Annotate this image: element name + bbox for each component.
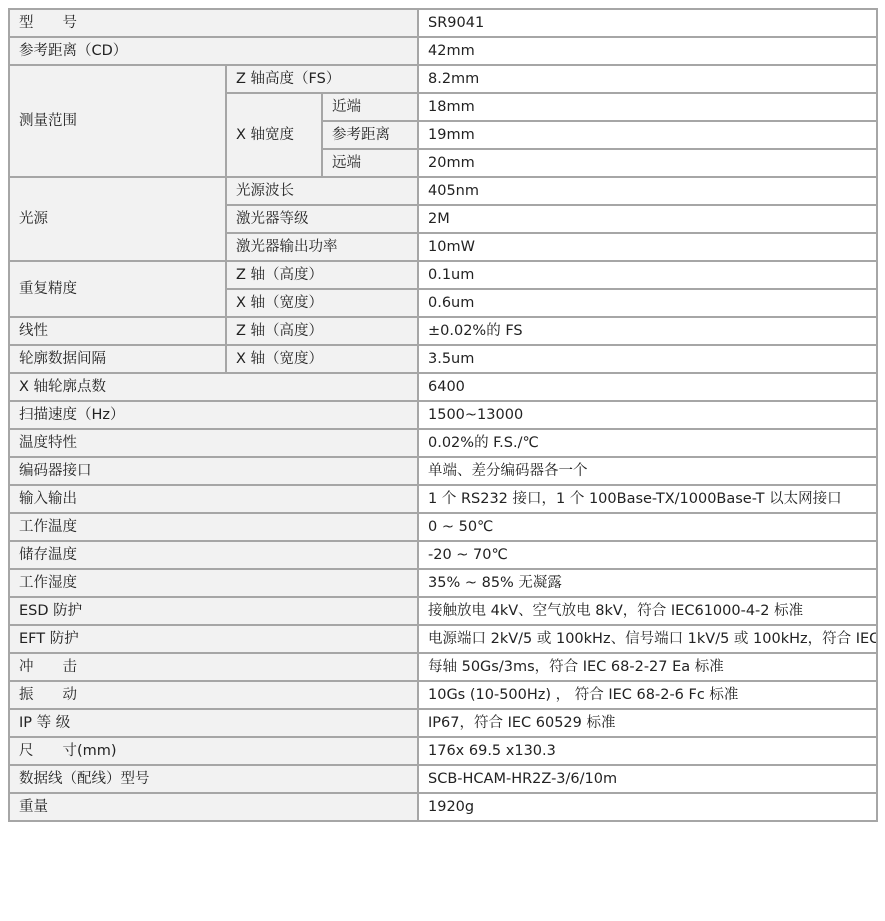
value-x-near: 18mm [418, 93, 877, 121]
value-laser-class: 2M [418, 205, 877, 233]
table-row: 冲 击 每轴 50Gs/3ms，符合 IEC 68-2-27 Ea 标准 [9, 653, 877, 681]
table-row: 数据线（配线）型号 SCB-HCAM-HR2Z-3/6/10m [9, 765, 877, 793]
row-value: IP67，符合 IEC 60529 标准 [418, 709, 877, 737]
label-x-near: 近端 [322, 93, 418, 121]
label-ref-distance: 参考距离（CD） [9, 37, 418, 65]
table-row-ref-distance: 参考距离（CD） 42mm [9, 37, 877, 65]
value-laser-power: 10mW [418, 233, 877, 261]
row-value: 176x 69.5 x130.3 [418, 737, 877, 765]
row-label: ESD 防护 [9, 597, 418, 625]
row-label: 温度特性 [9, 429, 418, 457]
table-row: 尺 寸(mm) 176x 69.5 x130.3 [9, 737, 877, 765]
label-linearity: 线性 [9, 317, 226, 345]
table-row: 振 动 10Gs (10-500Hz) ， 符合 IEC 68-2-6 Fc 标… [9, 681, 877, 709]
row-label: 工作温度 [9, 513, 418, 541]
label-model: 型 号 [9, 9, 418, 37]
row-value: -20 ~ 70℃ [418, 541, 877, 569]
table-row: 工作湿度 35% ~ 85% 无凝露 [9, 569, 877, 597]
table-row: 编码器接口 单端、差分编码器各一个 [9, 457, 877, 485]
label-wavelength: 光源波长 [226, 177, 418, 205]
table-row-linearity: 线性 Z 轴（高度） ±0.02%的 FS [9, 317, 877, 345]
row-value: 0 ~ 50℃ [418, 513, 877, 541]
row-label: 重量 [9, 793, 418, 821]
table-row: 扫描速度（Hz） 1500~13000 [9, 401, 877, 429]
value-profile-interval: 3.5um [418, 345, 877, 373]
label-laser-class: 激光器等级 [226, 205, 418, 233]
value-repeat-z: 0.1um [418, 261, 877, 289]
row-label: 扫描速度（Hz） [9, 401, 418, 429]
label-x-ref: 参考距离 [322, 121, 418, 149]
row-value: 0.02%的 F.S./℃ [418, 429, 877, 457]
table-row: 温度特性 0.02%的 F.S./℃ [9, 429, 877, 457]
row-label: 数据线（配线）型号 [9, 765, 418, 793]
table-row: IP 等 级 IP67，符合 IEC 60529 标准 [9, 709, 877, 737]
row-label: IP 等 级 [9, 709, 418, 737]
table-row-repeat-z: 重复精度 Z 轴（高度） 0.1um [9, 261, 877, 289]
value-x-ref: 19mm [418, 121, 877, 149]
label-repeatability: 重复精度 [9, 261, 226, 317]
table-row-light-wavelength: 光源 光源波长 405nm [9, 177, 877, 205]
row-label: EFT 防护 [9, 625, 418, 653]
label-profile-interval: 轮廓数据间隔 [9, 345, 226, 373]
table-row: ESD 防护 接触放电 4kV、空气放电 8kV，符合 IEC61000-4-2… [9, 597, 877, 625]
row-value: SCB-HCAM-HR2Z-3/6/10m [418, 765, 877, 793]
row-value: 1 个 RS232 接口，1 个 100Base-TX/1000Base-T 以… [418, 485, 877, 513]
label-linearity-sub: Z 轴（高度） [226, 317, 418, 345]
table-row-profile-interval: 轮廓数据间隔 X 轴（宽度） 3.5um [9, 345, 877, 373]
value-model: SR9041 [418, 9, 877, 37]
table-row: 重量 1920g [9, 793, 877, 821]
label-x-width: X 轴宽度 [226, 93, 322, 177]
table-row: EFT 防护 电源端口 2kV/5 或 100kHz、信号端口 1kV/5 或 … [9, 625, 877, 653]
value-x-far: 20mm [418, 149, 877, 177]
table-row: 储存温度 -20 ~ 70℃ [9, 541, 877, 569]
value-z-height: 8.2mm [418, 65, 877, 93]
table-row: X 轴轮廓点数 6400 [9, 373, 877, 401]
label-z-height: Z 轴高度（FS） [226, 65, 418, 93]
row-value: 单端、差分编码器各一个 [418, 457, 877, 485]
table-row-measure-z: 测量范围 Z 轴高度（FS） 8.2mm [9, 65, 877, 93]
table-row: 输入输出 1 个 RS232 接口，1 个 100Base-TX/1000Bas… [9, 485, 877, 513]
row-label: 输入输出 [9, 485, 418, 513]
row-label: 冲 击 [9, 653, 418, 681]
label-light-source: 光源 [9, 177, 226, 261]
value-linearity: ±0.02%的 FS [418, 317, 877, 345]
row-value: 10Gs (10-500Hz) ， 符合 IEC 68-2-6 Fc 标准 [418, 681, 877, 709]
label-laser-power: 激光器输出功率 [226, 233, 418, 261]
row-value: 每轴 50Gs/3ms，符合 IEC 68-2-27 Ea 标准 [418, 653, 877, 681]
table-row: 工作温度 0 ~ 50℃ [9, 513, 877, 541]
label-x-far: 远端 [322, 149, 418, 177]
label-measure-range: 测量范围 [9, 65, 226, 177]
label-profile-interval-sub: X 轴（宽度） [226, 345, 418, 373]
value-repeat-x: 0.6um [418, 289, 877, 317]
value-wavelength: 405nm [418, 177, 877, 205]
row-value: 1500~13000 [418, 401, 877, 429]
row-label: 尺 寸(mm) [9, 737, 418, 765]
row-label: 振 动 [9, 681, 418, 709]
label-repeat-z: Z 轴（高度） [226, 261, 418, 289]
row-value: 35% ~ 85% 无凝露 [418, 569, 877, 597]
row-label: X 轴轮廓点数 [9, 373, 418, 401]
row-label: 储存温度 [9, 541, 418, 569]
row-label: 工作湿度 [9, 569, 418, 597]
label-repeat-x: X 轴（宽度） [226, 289, 418, 317]
value-ref-distance: 42mm [418, 37, 877, 65]
row-label: 编码器接口 [9, 457, 418, 485]
row-value: 电源端口 2kV/5 或 100kHz、信号端口 1kV/5 或 100kHz，… [418, 625, 877, 653]
row-value: 6400 [418, 373, 877, 401]
table-row-model: 型 号 SR9041 [9, 9, 877, 37]
spec-table: 型 号 SR9041 参考距离（CD） 42mm 测量范围 Z 轴高度（FS） … [8, 8, 878, 822]
row-value: 接触放电 4kV、空气放电 8kV，符合 IEC61000-4-2 标准 [418, 597, 877, 625]
row-value: 1920g [418, 793, 877, 821]
